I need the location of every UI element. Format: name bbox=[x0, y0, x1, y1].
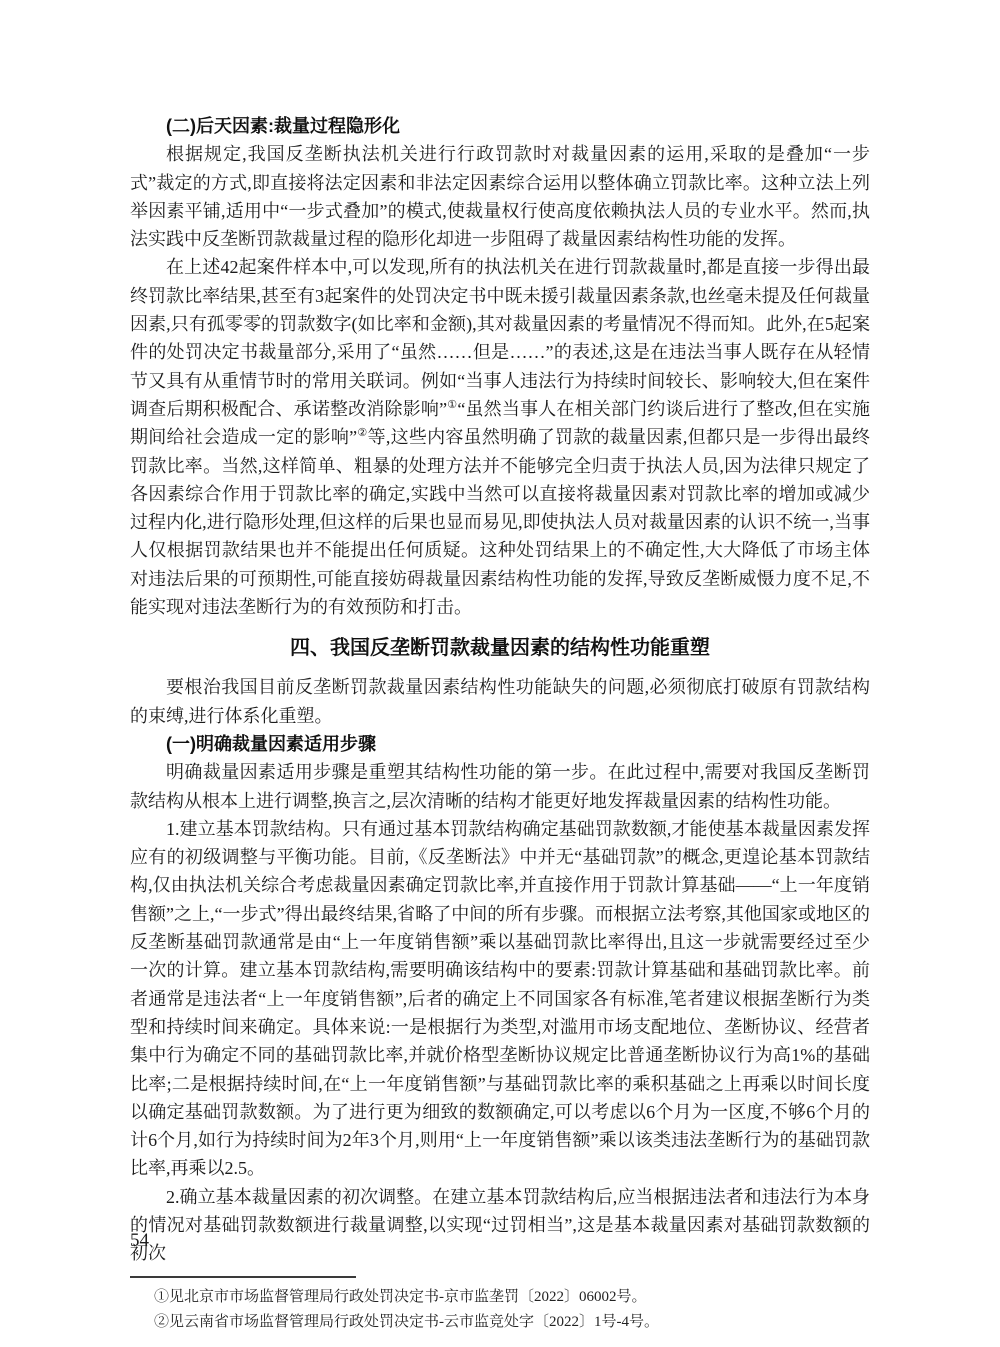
page-content: (二)后天因素:裁量过程隐形化 根据规定,我国反垄断执法机关进行行政罚款时对裁量… bbox=[130, 112, 870, 1336]
paragraph-cases-part-1: 在上述42起案件样本中,可以发现,所有的执法机关在进行罚款裁量时,都是直接一步得… bbox=[130, 257, 870, 418]
paragraph-point-1: 1.建立基本罚款结构。只有通过基本罚款结构确定基础罚款数额,才能使基本裁量因素发… bbox=[130, 815, 870, 1183]
subsection-heading-steps: (一)明确裁量因素适用步骤 bbox=[130, 730, 870, 758]
paragraph-cases-part-3: 等,这些内容虽然明确了罚款的裁量因素,但都只是一步得出最终罚款比率。当然,这样简… bbox=[130, 427, 870, 617]
document-page: (二)后天因素:裁量过程隐形化 根据规定,我国反垄断执法机关进行行政罚款时对裁量… bbox=[0, 0, 1000, 1347]
paragraph-point-2: 2.确立基本裁量因素的初次调整。在建立基本罚款结构后,应当根据违法者和违法行为本… bbox=[130, 1183, 870, 1268]
footnote-ref-1: ① bbox=[447, 399, 457, 411]
paragraph-remedy: 要根治我国目前反垄断罚款裁量因素结构性功能缺失的问题,必须彻底打破原有罚款结构的… bbox=[130, 673, 870, 730]
section-heading-part-four: 四、我国反垄断罚款裁量因素的结构性功能重塑 bbox=[130, 633, 870, 663]
subsection-heading-hidden-process: (二)后天因素:裁量过程隐形化 bbox=[130, 112, 870, 140]
page-number: 54 bbox=[130, 1230, 149, 1252]
footnote-divider bbox=[130, 1276, 356, 1278]
footnote-1: ①见北京市市场监督管理局行政处罚决定书-京市监垄罚〔2022〕06002号。 bbox=[130, 1285, 870, 1311]
paragraph-regulation: 根据规定,我国反垄断执法机关进行行政罚款时对裁量因素的运用,采取的是叠加“一步式… bbox=[130, 140, 870, 253]
footnote-2: ②见云南省市场监督管理局行政处罚决定书-云市监竞处字〔2022〕1号-4号。 bbox=[130, 1310, 870, 1336]
footnote-area: ①见北京市市场监督管理局行政处罚决定书-京市监垄罚〔2022〕06002号。 ②… bbox=[130, 1276, 870, 1336]
paragraph-steps-intro: 明确裁量因素适用步骤是重塑其结构性功能的第一步。在此过程中,需要对我国反垄断罚款… bbox=[130, 758, 870, 815]
paragraph-cases: 在上述42起案件样本中,可以发现,所有的执法机关在进行罚款裁量时,都是直接一步得… bbox=[130, 253, 870, 621]
footnote-ref-2: ② bbox=[357, 427, 367, 439]
